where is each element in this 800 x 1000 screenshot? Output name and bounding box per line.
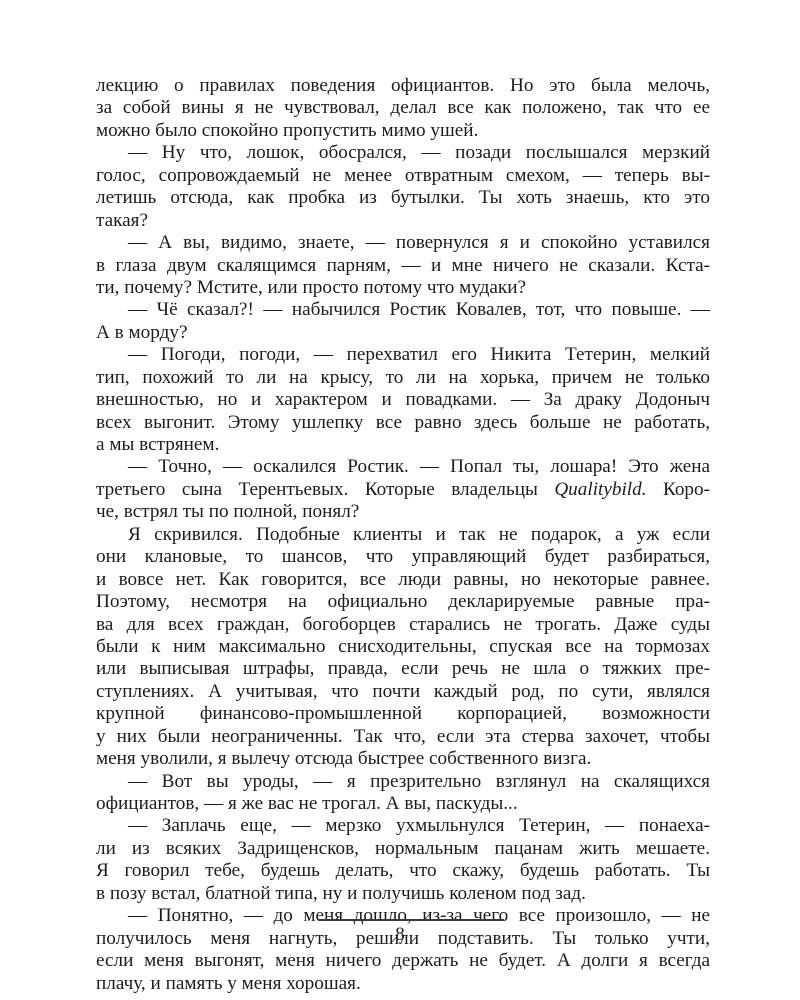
text-line: Поэтому, несмотря на официально декларир…	[96, 591, 710, 613]
text-line: у них были неограниченны. Так что, если …	[96, 726, 710, 748]
footer-rule	[318, 919, 504, 921]
text-line: — Точно, — оскалился Ростик. — Попал ты,…	[96, 456, 710, 478]
text-line: Я скривился. Подобные клиенты и так не п…	[96, 524, 710, 546]
text-line: в глаза двум скалящимся парням, — и мне …	[96, 255, 710, 277]
text-line: и вовсе нет. Как говорится, все люди рав…	[96, 569, 710, 591]
text-line: голос, сопровождаемый не менее отвратным…	[96, 165, 710, 187]
text-line: тип, похожий то ли на крысу, то ли на хо…	[96, 367, 710, 389]
text-line: летишь отсюда, как пробка из бутылки. Ты…	[96, 187, 710, 209]
text-line: официантов, — я же вас не трогал. А вы, …	[96, 793, 710, 815]
text-line: А в морду?	[96, 322, 710, 344]
text-line: они клановые, то шансов, что управляющий…	[96, 546, 710, 568]
text-line: такая?	[96, 210, 710, 232]
text-line: че, встрял ты по полной, понял?	[96, 501, 710, 523]
text-line: меня уволили, я вылечу отсюда быстрее со…	[96, 748, 710, 770]
text-line: — Вот вы уроды, — я презрительно взгляну…	[96, 771, 710, 793]
text-line: в позу встал, блатной типа, ну и получиш…	[96, 883, 710, 905]
brand-name-italic: Qualitybild.	[554, 479, 646, 500]
text-segment: третьего сына Терентьевых. Которые владе…	[96, 479, 554, 500]
body-text: лекцию о правилах поведения официантов. …	[96, 75, 710, 995]
text-line: ва для всех граждан, богоборцев старалис…	[96, 614, 710, 636]
text-line: были к ним максимально снисходительны, с…	[96, 636, 710, 658]
book-page: лекцию о правилах поведения официантов. …	[0, 0, 800, 1000]
text-line: если меня выгонят, меня ничего держать н…	[96, 950, 710, 972]
text-line: ти, почему? Мстите, или просто потому чт…	[96, 277, 710, 299]
text-line: третьего сына Терентьевых. Которые владе…	[96, 479, 710, 501]
text-line: Я говорил тебе, будешь делать, что скажу…	[96, 860, 710, 882]
text-line: ступлениях. А учитывая, что почти каждый…	[96, 681, 710, 703]
text-line: — Чё сказал?! — набычился Ростик Ковалев…	[96, 299, 710, 321]
text-line: — Ну что, лошок, обосрался, — позади пос…	[96, 142, 710, 164]
text-line: — Заплачь еще, — мерзко ухмыльнулся Тете…	[96, 815, 710, 837]
text-line: можно было спокойно пропустить мимо ушей…	[96, 120, 710, 142]
text-line: за собой вины я не чувствовал, делал все…	[96, 97, 710, 119]
text-line: лекцию о правилах поведения официантов. …	[96, 75, 710, 97]
text-line: — А вы, видимо, знаете, — повернулся я и…	[96, 232, 710, 254]
text-line: или выписывая штрафы, правда, если речь …	[96, 658, 710, 680]
text-line: а мы встрянем.	[96, 434, 710, 456]
text-line: внешностью, но и характером и повадками.…	[96, 389, 710, 411]
text-line: ли из всяких Задрищенсков, нормальным па…	[96, 838, 710, 860]
text-line: плачу, и память у меня хорошая.	[96, 973, 710, 995]
text-line: крупной финансово-промышленной корпораци…	[96, 703, 710, 725]
page-number: 8	[0, 924, 800, 946]
text-segment: Коро-	[647, 479, 710, 500]
text-line: всех выгонит. Этому ушлепку все равно зд…	[96, 412, 710, 434]
text-line: — Погоди, погоди, — перехватил его Никит…	[96, 344, 710, 366]
